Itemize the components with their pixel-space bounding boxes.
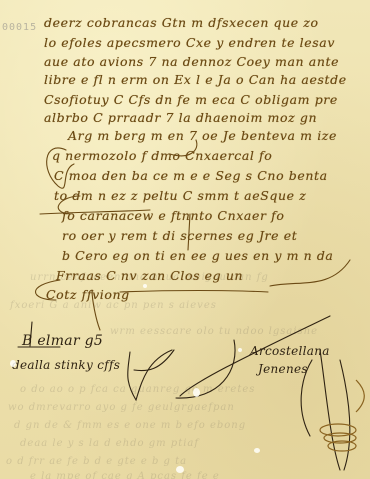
rubric-flourishes-icon: [0, 0, 370, 479]
paper-hole: [193, 388, 200, 397]
paper-hole: [254, 448, 260, 453]
paper-hole: [176, 466, 184, 473]
paper-hole: [238, 348, 242, 352]
paper-hole: [10, 360, 16, 367]
manuscript-page: urrn ceafneeen ano noua meiyou aan fg fx…: [0, 0, 370, 479]
paper-hole: [143, 284, 147, 288]
